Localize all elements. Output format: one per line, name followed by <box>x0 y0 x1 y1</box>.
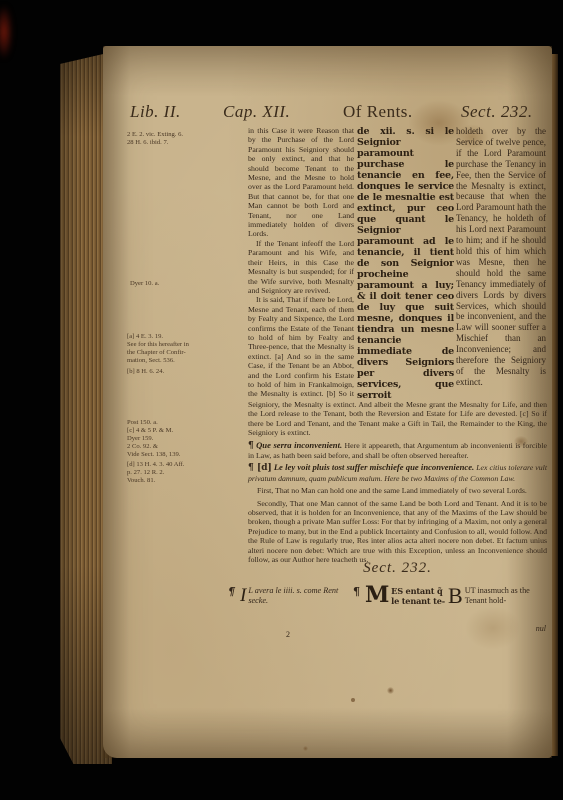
pilcrow-icon: ¶ <box>353 587 360 597</box>
drop-cap: M <box>365 586 389 605</box>
english-translation-column: holdeth over by the Service of twelve pe… <box>456 126 546 398</box>
header-chapter-number: Cap. XII. <box>223 102 290 122</box>
commentary-paragraph: in this Case it were Reason that by the … <box>248 126 354 239</box>
margin-note: Post 150. a. [c] 4 & 5 P. & M. Dyer 159.… <box>127 419 245 459</box>
header-section-number: Sect. 232. <box>461 102 533 122</box>
margin-note: [b] 8 H. 6. 24. <box>127 368 245 376</box>
book-page: Lib. II. Cap. XII. Of Rents. Sect. 232. … <box>103 46 552 758</box>
drop-cap: B <box>448 586 463 605</box>
paper-stain <box>387 687 394 694</box>
signature-mark: 2 <box>286 630 290 639</box>
section-opening-law-french-littleton: ¶ I L avera le iiii. s. come Rent secke. <box>240 586 350 606</box>
pilcrow-icon: ¶ [d] <box>248 463 272 473</box>
margin-note: 2 E. 2. vic. Exting. 6. 28 H. 6. ibid. 7… <box>127 131 245 147</box>
maxim-heading: Que serra inconvenient. <box>256 440 342 450</box>
header-book-number: Lib. II. <box>130 102 181 122</box>
running-head: Lib. II. Cap. XII. Of Rents. Sect. 232. <box>103 102 552 124</box>
commentary-column: in this Case it were Reason that by the … <box>248 126 354 400</box>
margin-note: [d] 13 H. 4. 3. 40 Aff. p. 27. 12 R. 2. … <box>127 461 245 485</box>
section-opening-text: L avera le iiii. s. come Rent secke. <box>248 586 338 605</box>
section-openings: ¶ I L avera le iiii. s. come Rent secke.… <box>103 586 552 646</box>
maxim-paragraph-2: ¶ [d] Le ley voit pluis tost suffer misc… <box>248 463 547 483</box>
page-title: Of Rents. <box>343 102 413 122</box>
paper-stain <box>303 746 308 751</box>
margin-note: Dyer 10. a. <box>130 280 248 288</box>
rule-second: Secondly, That one Man cannot of the sam… <box>248 499 547 565</box>
drop-cap: I <box>240 586 246 605</box>
pilcrow-icon: ¶ <box>228 587 235 597</box>
law-french-column: de xii. s. si le Seignior paramount purc… <box>357 126 454 398</box>
pilcrow-icon: ¶ <box>248 441 254 451</box>
section-opening-law-french: ¶ M ES entant q̃ le tenant te- <box>365 586 453 606</box>
catchword: nul <box>498 624 546 633</box>
commentary-paragraph: If the Tenant infeoff the Lord Paramount… <box>248 239 354 295</box>
rule-first: First, That no Man can hold one and the … <box>248 486 547 495</box>
fullwidth-commentary: Seigniory, the Mesnalty is extinct. And … <box>248 400 547 568</box>
maxim-paragraph-1: ¶ Que serra inconvenient. Here it appear… <box>248 441 547 461</box>
photo-background: Lib. II. Cap. XII. Of Rents. Sect. 232. … <box>0 0 563 800</box>
section-heading: Sect. 232. <box>248 560 547 577</box>
section-opening-text: ES entant q̃ le tenant te- <box>391 586 445 606</box>
paper-stain <box>351 698 355 702</box>
red-light-leak <box>0 6 12 58</box>
section-opening-english: B UT inasmuch as the Tenant hold- <box>448 586 548 606</box>
maxim-heading: Le ley voit pluis tost suffer mischiefe … <box>274 462 474 472</box>
margin-note: [a] 4 E. 3. 19. See for this hereafter i… <box>127 333 245 365</box>
commentary-paragraph: It is said, That if there be Lord, Mesne… <box>248 295 354 400</box>
continuation-paragraph: Seigniory, the Mesnalty is extinct. And … <box>248 400 547 438</box>
section-opening-text: UT inasmuch as the Tenant hold- <box>465 586 530 605</box>
